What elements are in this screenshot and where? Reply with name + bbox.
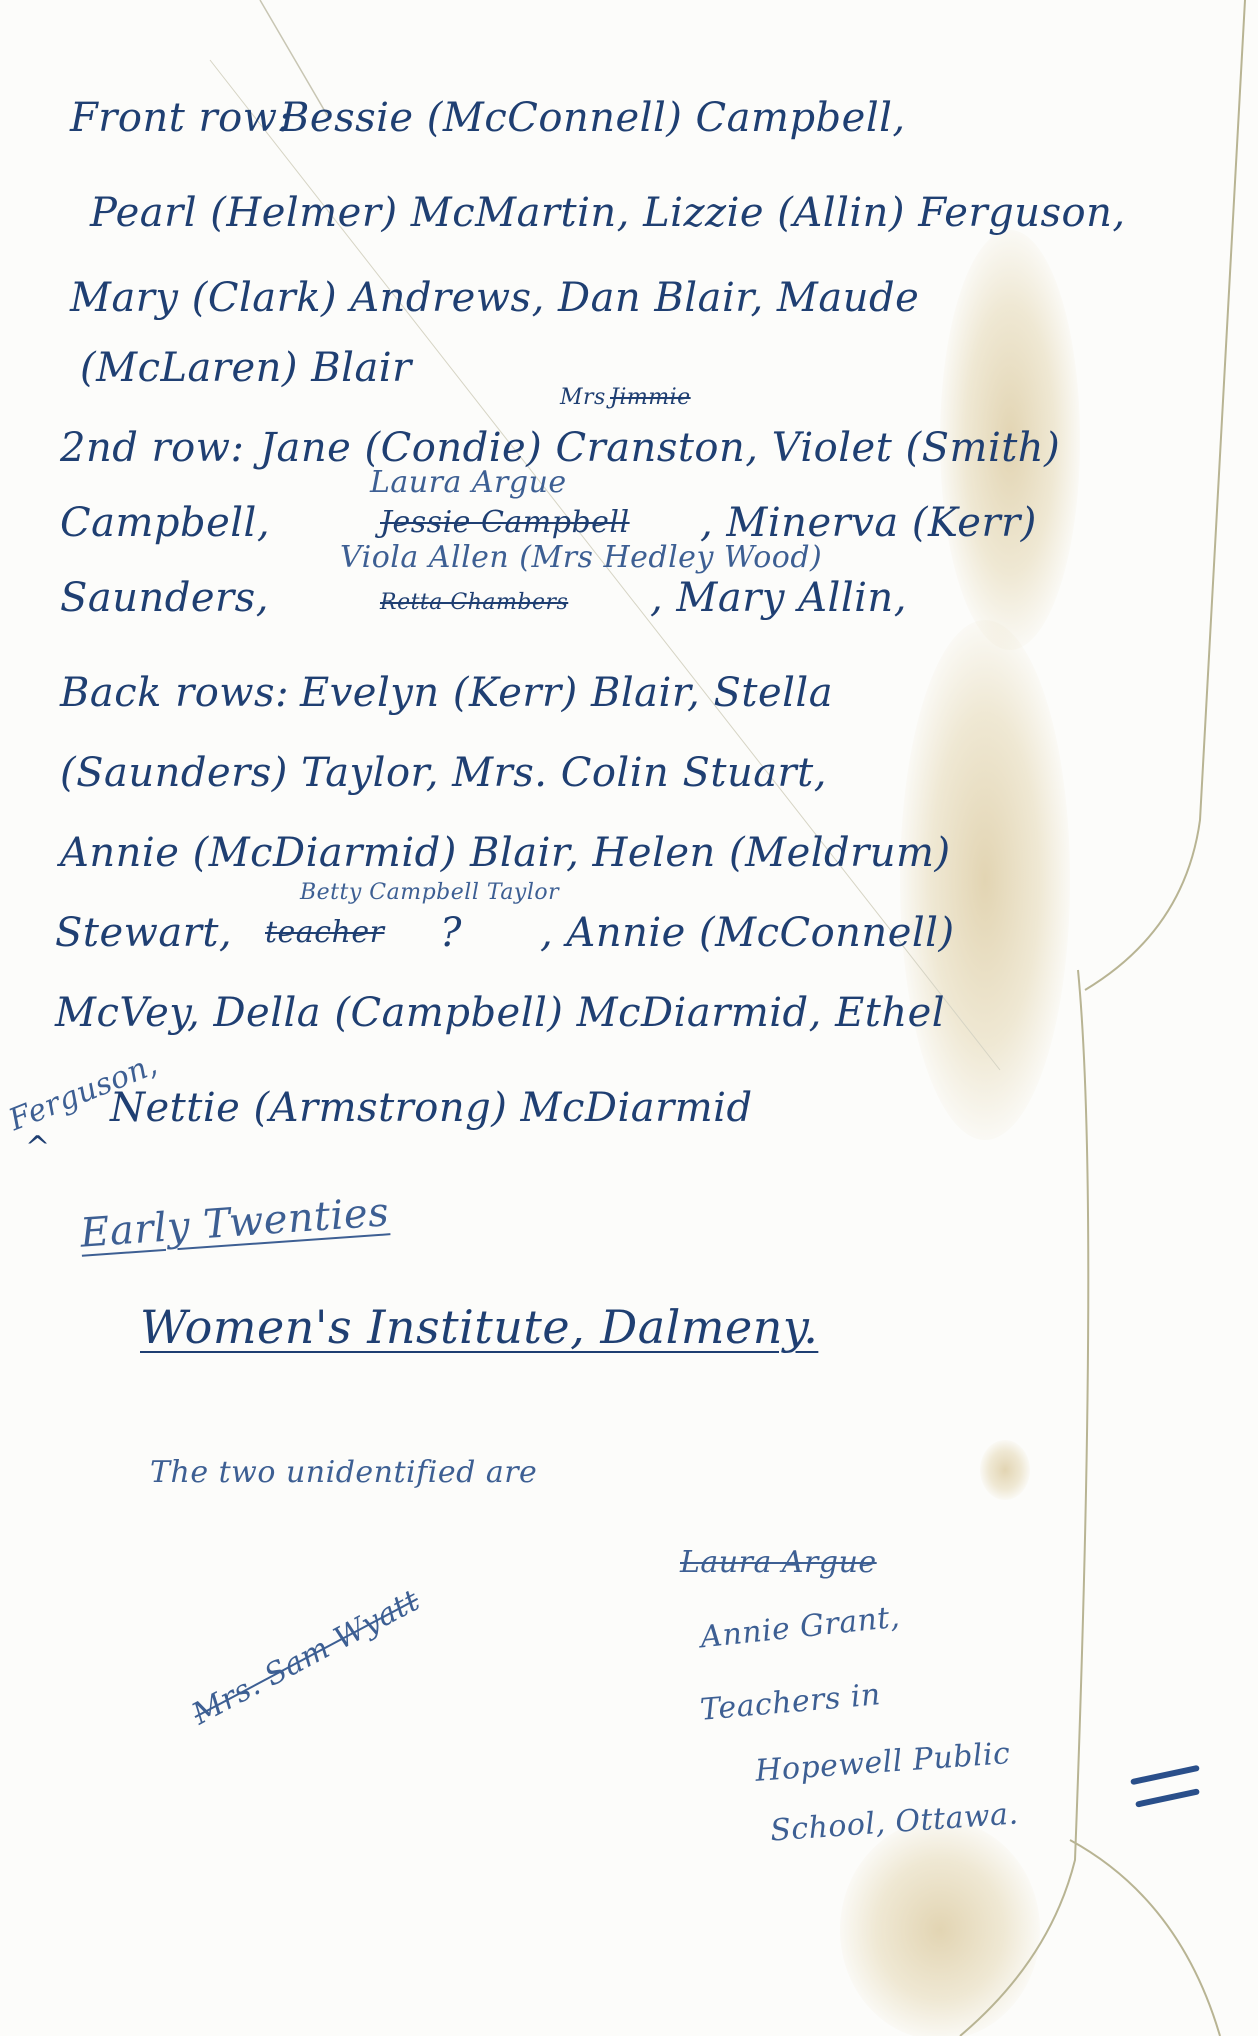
second-row-insert-viola: Viola Allen (Mrs Hedley Wood) <box>340 540 822 575</box>
note-struck-name: Laura Argue <box>680 1545 877 1580</box>
back-rows-struck-teacher: teacher <box>265 915 384 950</box>
second-row-line-2-start: Campbell, <box>60 500 270 546</box>
back-rows-line-5: McVey, Della (Campbell) McDiarmid, Ethel <box>55 990 945 1036</box>
back-rows-line-3: Annie (McDiarmid) Blair, Helen (Meldrum) <box>60 830 951 876</box>
document-title: Women's Institute, Dalmeny. <box>140 1300 818 1354</box>
water-stain <box>840 1820 1040 2036</box>
back-rows-line-4-start: Stewart, <box>55 910 232 956</box>
note-line-3: Hopewell Public <box>754 1736 1011 1789</box>
back-rows-line-1: Evelyn (Kerr) Blair, Stella <box>300 670 833 716</box>
struck-side-name: Mrs. Sam Wyatt <box>187 1583 426 1732</box>
pen-scribble <box>1130 1765 1200 1785</box>
pen-scribble <box>1135 1788 1200 1807</box>
back-rows-line-4-end: , Annie (McConnell) <box>540 910 955 956</box>
note-name: Annie Grant, <box>699 1600 902 1656</box>
second-row-struck-name: Jessie Campbell <box>380 505 630 540</box>
note-line-4: School, Ottawa. <box>769 1796 1020 1848</box>
annotation-mrs: Mrs <box>560 385 606 410</box>
document-page: Front row: Bessie (McConnell) Campbell, … <box>0 0 1258 2036</box>
second-row-insert: Laura Argue <box>370 465 567 500</box>
second-row-struck-chambers: Retta Chambers <box>380 590 568 615</box>
second-row-line-3-end: , Mary Allin, <box>650 575 907 621</box>
second-row-line-3-start: Saunders, <box>60 575 269 621</box>
note-intro: The two unidentified are <box>150 1455 537 1490</box>
front-row-line-2: Pearl (Helmer) McMartin, Lizzie (Allin) … <box>90 190 1126 236</box>
front-row-line-1: Bessie (McConnell) Campbell, <box>280 95 906 141</box>
back-rows-insert-betty: Betty Campbell Taylor <box>300 880 559 905</box>
back-rows-question: ? <box>440 910 462 956</box>
front-row-line-3: Mary (Clark) Andrews, Dan Blair, Maude <box>70 275 919 321</box>
era-label: Early Twenties <box>79 1189 391 1256</box>
water-stain <box>900 620 1070 1140</box>
note-line-2: Teachers in <box>699 1677 882 1728</box>
back-rows-line-6: Nettie (Armstrong) McDiarmid <box>110 1085 753 1131</box>
water-stain <box>980 1440 1030 1500</box>
front-row-line-4: (McLaren) Blair <box>80 345 412 391</box>
back-rows-line-2: (Saunders) Taylor, Mrs. Colin Stuart, <box>60 750 827 796</box>
back-rows-label: Back rows: <box>60 670 289 716</box>
annotation-struck: Jimmie <box>610 385 691 410</box>
insert-caret: ^ <box>25 1130 51 1165</box>
second-row-label: 2nd row: <box>60 425 244 471</box>
front-row-label: Front row: <box>70 95 291 141</box>
